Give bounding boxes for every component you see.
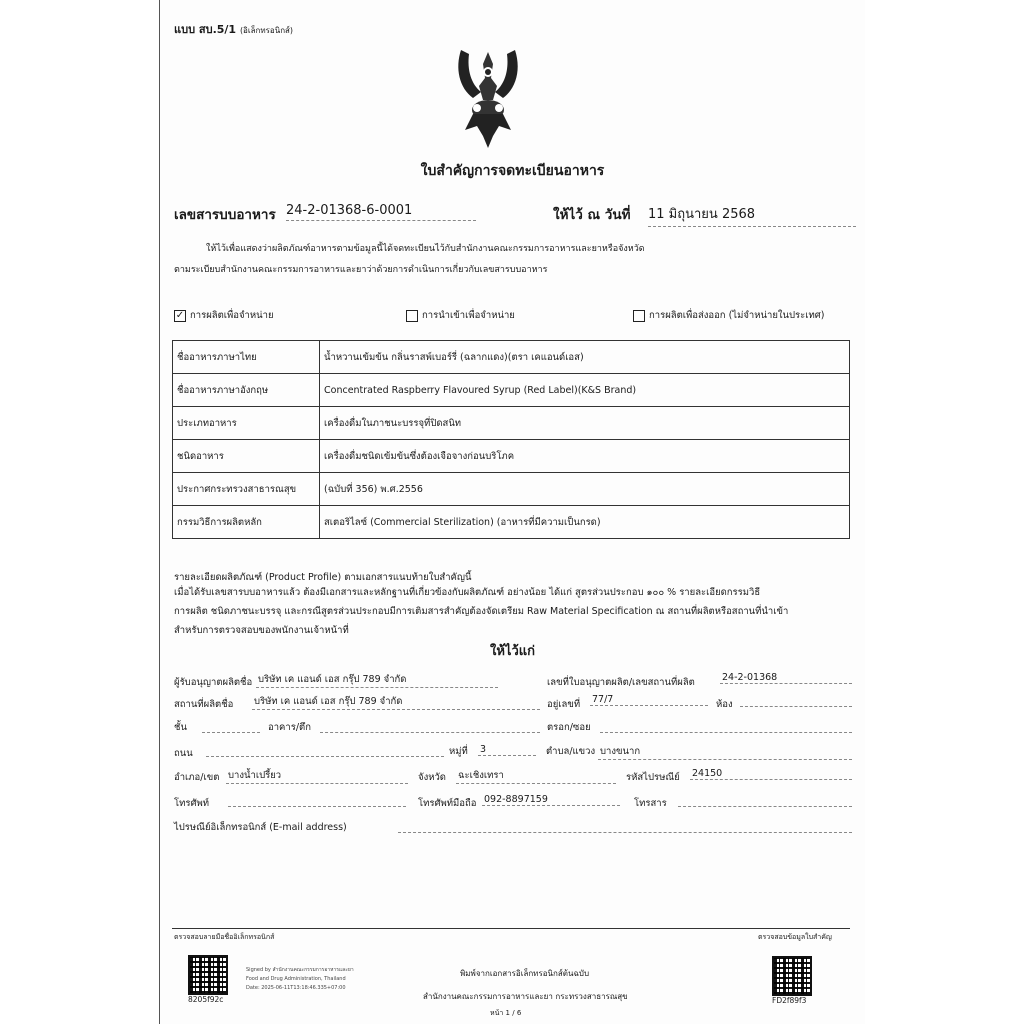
purpose-manufacture-checkbox[interactable]: ✓ การผลิตเพื่อจำหน่าย (174, 308, 274, 323)
postcode-label: รหัสไปรษณีย์ (626, 770, 680, 785)
row-value: สเตอริไลซ์ (Commercial Sterilization) (อ… (320, 506, 850, 539)
fax-label: โทรสาร (634, 796, 667, 811)
verification-qr[interactable]: FD2f89f3 (772, 956, 812, 1005)
form-code: แบบ สบ.5/1 (อิเล็กทรอนิกส์) (174, 20, 293, 38)
page-number: หน้า 1 / 6 (490, 1008, 521, 1019)
fax-value[interactable] (678, 794, 852, 807)
road-value[interactable] (206, 744, 444, 757)
phone-value[interactable] (228, 794, 406, 807)
floor-label: ชั้น (174, 720, 187, 735)
printed-from: พิมพ์จากเอกสารอิเล็กทรอนิกส์ต้นฉบับ (460, 967, 589, 980)
qr-code-icon[interactable] (772, 956, 812, 996)
form-code-text: แบบ สบ.5/1 (174, 23, 236, 36)
issued-to-heading: ให้ไว้แก่ (160, 640, 865, 661)
issue-date: 11 มิถุนายน 2568 (648, 203, 856, 227)
row-key: ประกาศกระทรวงสาธารณสุข (173, 473, 320, 506)
email-value[interactable] (398, 820, 852, 833)
registration-number-label: เลขสารบบอาหาร (174, 203, 276, 225)
qr-right-id: FD2f89f3 (772, 996, 812, 1005)
purpose-import-checkbox[interactable]: การนำเข้าเพื่อจำหน่าย (406, 308, 515, 323)
licensee-value: บริษัท เค แอนด์ เอส กรุ๊ป 789 จำกัด (256, 672, 498, 688)
alley-label: ตรอก/ซอย (547, 720, 591, 735)
digital-signature-block: Signed by สำนักงานคณะกรรมการอาหารและยา F… (246, 966, 376, 993)
purpose-export-checkbox[interactable]: การผลิตเพื่อส่งออก (ไม่จำหน่ายในประเทศ) (633, 308, 825, 323)
row-key: ชื่ออาหารภาษาอังกฤษ (173, 374, 320, 407)
floor-value[interactable] (202, 720, 260, 733)
road-label: ถนน (174, 746, 193, 761)
verify-signature-label: ตรวจสอบลายมือชื่ออิเล็กทรอนิกส์ (174, 932, 274, 943)
signed-date: Date: 2025-06-11T13:18:46.335+07:00 (246, 984, 376, 993)
row-value: เครื่องดื่มในภาชนะบรรจุที่ปิดสนิท (320, 407, 850, 440)
phone-label: โทรศัพท์ (174, 796, 209, 811)
qr-code-icon[interactable] (188, 955, 228, 995)
district-label: อำเภอ/เขต (174, 770, 219, 785)
purpose-option-label: การนำเข้าเพื่อจำหน่าย (422, 308, 515, 323)
row-value: น้ำหวานเข้มข้น กลิ่นราสพ์เบอร์รี่ (ฉลากแ… (320, 341, 850, 374)
purpose-option-label: การผลิตเพื่อส่งออก (ไม่จำหน่ายในประเทศ) (649, 308, 825, 323)
signed-by: Signed by สำนักงานคณะกรรมการอาหารและยา (246, 966, 376, 975)
certificate-page: แบบ สบ.5/1 (อิเล็กทรอนิกส์) ใบสำคัญการจด… (159, 0, 865, 1024)
moo-value: 3 (478, 744, 536, 756)
table-row: ชื่ออาหารภาษาอังกฤษConcentrated Raspberr… (173, 374, 850, 407)
profile-line-3: การผลิต ชนิดภาชนะบรรจุ และกรณีสูตรส่วนปร… (174, 604, 788, 619)
district-value: บางน้ำเปรี้ยว (226, 768, 408, 784)
license-number-label: เลขที่ใบอนุญาตผลิต/เลขสถานที่ผลิต (547, 675, 695, 690)
license-number-value: 24-2-01368 (720, 672, 852, 684)
email-label: ไปรษณีย์อิเล็กทรอนิกส์ (E-mail address) (174, 820, 347, 835)
purpose-option-label: การผลิตเพื่อจำหน่าย (190, 308, 274, 323)
row-value: (ฉบับที่ 356) พ.ศ.2556 (320, 473, 850, 506)
postcode-value: 24150 (690, 768, 852, 780)
house-number-label: อยู่เลขที่ (547, 697, 580, 712)
building-value[interactable] (320, 720, 540, 733)
product-info-table: ชื่ออาหารภาษาไทยน้ำหวานเข้มข้น กลิ่นราสพ… (172, 340, 850, 539)
checkbox-empty-icon[interactable] (406, 310, 418, 322)
row-key: ประเภทอาหาร (173, 407, 320, 440)
site-value: บริษัท เค แอนด์ เอส กรุ๊ป 789 จำกัด (252, 694, 540, 710)
province-label: จังหวัด (418, 770, 446, 785)
mobile-value: 092-8897159 (482, 794, 620, 806)
intro-line-2: ตามระเบียบสำนักงานคณะกรรมการอาหารและยาว่… (174, 262, 547, 276)
row-key: ชนิดอาหาร (173, 440, 320, 473)
document-title: ใบสำคัญการจดทะเบียนอาหาร (160, 160, 865, 182)
mobile-label: โทรศัพท์มือถือ (418, 796, 476, 811)
signature-qr[interactable]: 8205f92c (188, 955, 228, 1004)
table-row: กรรมวิธีการผลิตหลักสเตอริไลซ์ (Commercia… (173, 506, 850, 539)
form-code-note: (อิเล็กทรอนิกส์) (240, 26, 293, 35)
checkbox-empty-icon[interactable] (633, 310, 645, 322)
issue-date-label: ให้ไว้ ณ วันที่ (553, 203, 631, 225)
subdistrict-label: ตำบล/แขวง (546, 744, 595, 759)
table-row: ชนิดอาหารเครื่องดื่มชนิดเข้มข้นซึ่งต้องเ… (173, 440, 850, 473)
profile-line-4: สำหรับการตรวจสอบของพนักงานเจ้าหน้าที่ (174, 623, 349, 638)
checkbox-checked-icon[interactable]: ✓ (174, 310, 186, 322)
profile-line-2: เมื่อได้รับเลขสารบบอาหารแล้ว ต้องมีเอกสา… (174, 585, 760, 600)
garuda-emblem-icon (453, 44, 523, 152)
site-label: สถานที่ผลิตชื่อ (174, 697, 233, 712)
verify-data-label: ตรวจสอบข้อมูลใบสำคัญ (758, 932, 832, 943)
table-row: ประเภทอาหารเครื่องดื่มในภาชนะบรรจุที่ปิด… (173, 407, 850, 440)
room-value[interactable] (740, 694, 852, 707)
row-value: Concentrated Raspberry Flavoured Syrup (… (320, 374, 850, 407)
room-label: ห้อง (716, 697, 733, 712)
building-label: อาคาร/ตึก (268, 720, 311, 735)
table-row: ชื่ออาหารภาษาไทยน้ำหวานเข้มข้น กลิ่นราสพ… (173, 341, 850, 374)
row-key: กรรมวิธีการผลิตหลัก (173, 506, 320, 539)
registration-number: 24-2-01368-6-0001 (286, 203, 476, 221)
issuing-agency: สำนักงานคณะกรรมการอาหารและยา กระทรวงสาธา… (423, 990, 628, 1003)
house-number-value: 77/7 (590, 694, 708, 706)
profile-line-1: รายละเอียดผลิตภัณฑ์ (Product Profile) ตา… (174, 570, 471, 585)
intro-line-1: ให้ไว้เพื่อแสดงว่าผลิตภัณฑ์อาหารตามข้อมู… (206, 241, 645, 255)
row-value: เครื่องดื่มชนิดเข้มข้นซึ่งต้องเจือจางก่อ… (320, 440, 850, 473)
qr-left-id: 8205f92c (188, 995, 228, 1004)
signed-org: Food and Drug Administration, Thailand (246, 975, 376, 984)
licensee-label: ผู้รับอนุญาตผลิตชื่อ (174, 675, 252, 690)
alley-value[interactable] (600, 720, 852, 733)
row-key: ชื่ออาหารภาษาไทย (173, 341, 320, 374)
moo-label: หมู่ที่ (449, 744, 468, 759)
subdistrict-value: บางขนาก (598, 744, 852, 760)
table-row: ประกาศกระทรวงสาธารณสุข(ฉบับที่ 356) พ.ศ.… (173, 473, 850, 506)
footer-divider (172, 928, 850, 929)
province-value: ฉะเชิงเทรา (456, 768, 616, 784)
